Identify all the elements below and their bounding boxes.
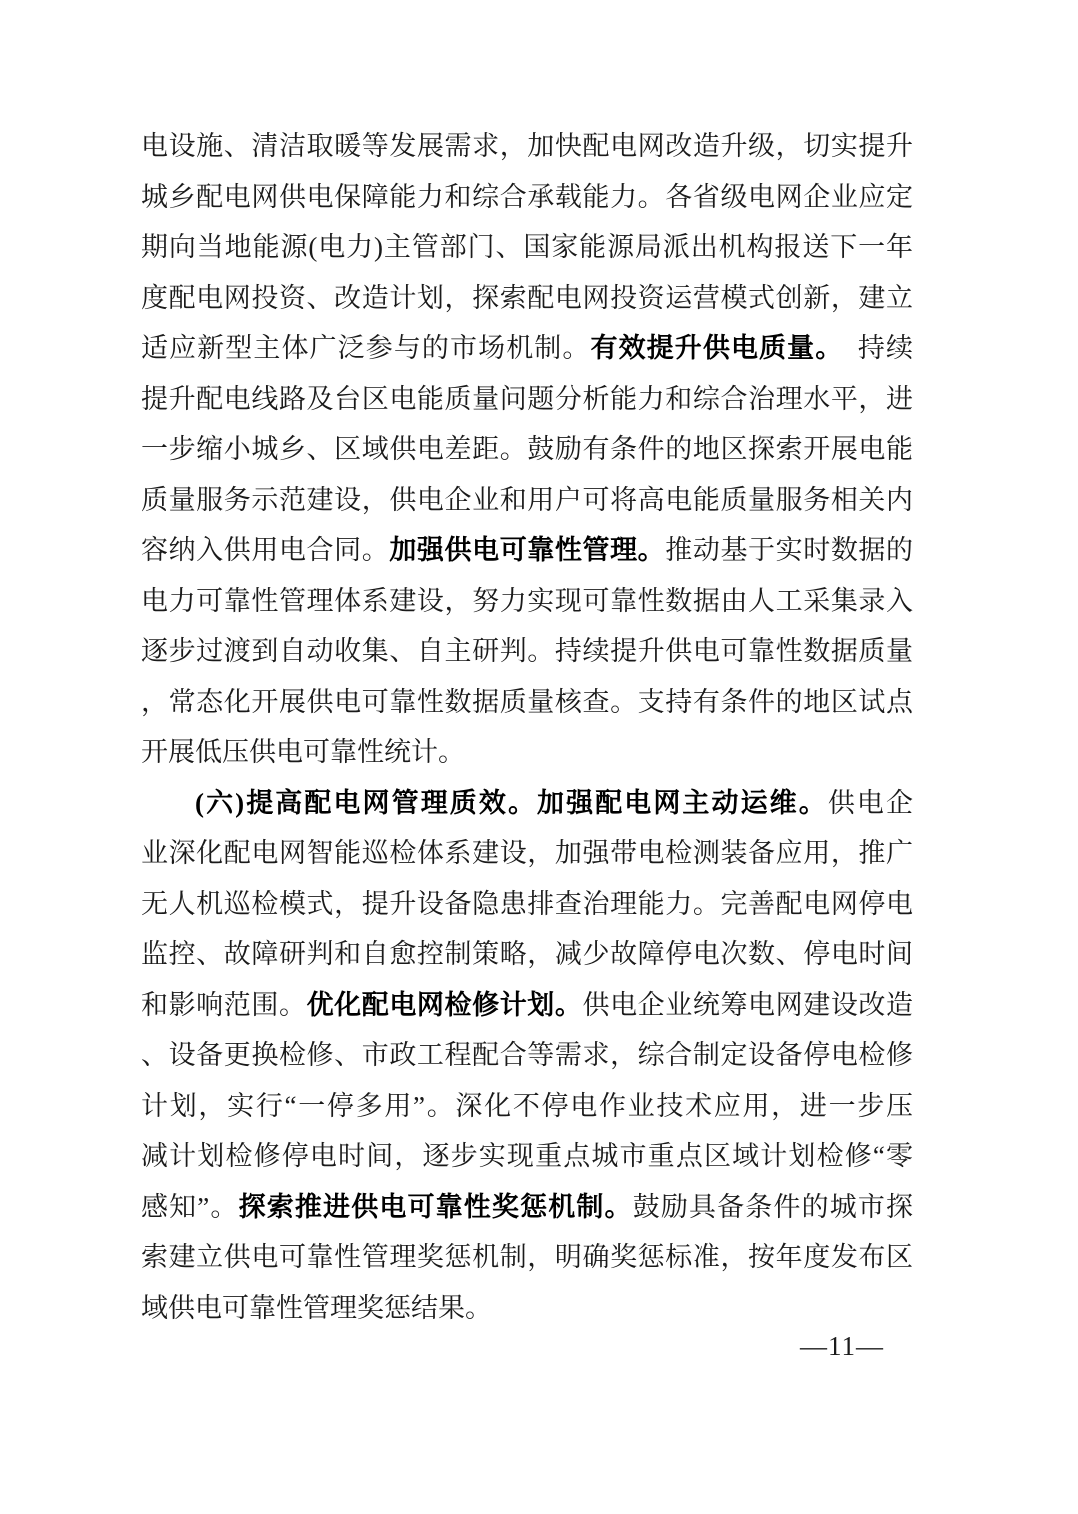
document-body: 电设施、清洁取暖等发展需求，加快配电网改造升级，切实提升城乡配电网供电保障能力和… [141, 121, 913, 1333]
bold-text-run: 优化配电网检修计划。 [307, 990, 583, 1020]
text-line: 、设备更换检修、市政工程配合等需求，综合制定设备停电检修 [141, 1030, 913, 1081]
bold-text-run: 加强供电可靠性管理。 [389, 535, 665, 565]
text-line: 计划，实行“一停多用”。深化不停电作业技术应用，进一步压 [141, 1081, 913, 1132]
text-run: 逐步过渡到自动收集、自主研判。持续提升供电可靠性数据质量 [141, 636, 913, 666]
text-run: 业深化配电网智能巡检体系建设，加强带电检测装备应用，推广 [141, 838, 913, 868]
text-run: 城乡配电网供电保障能力和综合承载能力。各省级电网企业应定 [141, 182, 913, 212]
text-run: 电力可靠性管理体系建设，努力实现可靠性数据由人工采集录入 [141, 586, 913, 616]
paragraph: (六)提高配电网管理质效。加强配电网主动运维。供电企业深化配电网智能巡检体系建设… [141, 778, 913, 1334]
page-number: —11— [800, 1328, 884, 1364]
text-line: 业深化配电网智能巡检体系建设，加强带电检测装备应用，推广 [141, 828, 913, 879]
text-line: 无人机巡检模式，提升设备隐患排查治理能力。完善配电网停电 [141, 879, 913, 930]
paragraph: 电设施、清洁取暖等发展需求，加快配电网改造升级，切实提升城乡配电网供电保障能力和… [141, 121, 913, 778]
text-run: 提升配电线路及台区电能质量问题分析能力和综合治理水平，进 [141, 384, 913, 414]
text-line: 索建立供电可靠性管理奖惩机制，明确奖惩标准，按年度发布区 [141, 1232, 913, 1283]
text-line: 感知”。探索推进供电可靠性奖惩机制。鼓励具备条件的城市探 [141, 1182, 913, 1233]
text-line: 容纳入供用电合同。加强供电可靠性管理。推动基于实时数据的 [141, 525, 913, 576]
text-run: 推动基于实时数据的 [665, 535, 913, 565]
text-run: 监控、故障研判和自愈控制策略，减少故障停电次数、停电时间 [141, 939, 913, 969]
text-run: 开展低压供电可靠性统计。 [141, 737, 465, 767]
text-run: 和影响范围。 [141, 990, 307, 1020]
bold-text-run: 有效提升供电质量。 [590, 333, 829, 363]
text-line: 城乡配电网供电保障能力和综合承载能力。各省级电网企业应定 [141, 172, 913, 223]
text-run: ，常态化开展供电可靠性数据质量核查。支持有条件的地区试点 [141, 687, 913, 717]
text-line: 期向当地能源(电力)主管部门、国家能源局派出机构报送下一年 [141, 222, 913, 273]
text-line: 适应新型主体广泛参与的市场机制。有效提升供电质量。 持续 [141, 323, 913, 374]
text-run: 期向当地能源(电力)主管部门、国家能源局派出机构报送下一年 [141, 232, 913, 262]
text-line: 电设施、清洁取暖等发展需求，加快配电网改造升级，切实提升 [141, 121, 913, 172]
text-run: 鼓励具备条件的城市探 [633, 1192, 913, 1222]
text-line: 电力可靠性管理体系建设，努力实现可靠性数据由人工采集录入 [141, 576, 913, 627]
text-line: 度配电网投资、改造计划，探索配电网投资运营模式创新，建立 [141, 273, 913, 324]
text-run: 、设备更换检修、市政工程配合等需求，综合制定设备停电检修 [141, 1040, 913, 1070]
text-line: 质量服务示范建设，供电企业和用户可将高电能质量服务相关内 [141, 475, 913, 526]
bold-text-run: 探索推进供电可靠性奖惩机制。 [239, 1192, 633, 1222]
text-run: 适应新型主体广泛参与的市场机制。 [141, 333, 590, 363]
text-run: 电设施、清洁取暖等发展需求，加快配电网改造升级，切实提升 [141, 131, 913, 161]
text-run: 无人机巡检模式，提升设备隐患排查治理能力。完善配电网停电 [141, 889, 913, 919]
text-run: 减计划检修停电时间，逐步实现重点城市重点区域计划检修“零 [141, 1141, 913, 1171]
text-line: 一步缩小城乡、区域供电差距。鼓励有条件的地区探索开展电能 [141, 424, 913, 475]
text-line: ，常态化开展供电可靠性数据质量核查。支持有条件的地区试点 [141, 677, 913, 728]
text-run: 持续 [830, 333, 913, 363]
text-run: 供电企 [828, 788, 913, 818]
text-run: 索建立供电可靠性管理奖惩机制，明确奖惩标准，按年度发布区 [141, 1242, 913, 1272]
text-line: 逐步过渡到自动收集、自主研判。持续提升供电可靠性数据质量 [141, 626, 913, 677]
document-page: 电设施、清洁取暖等发展需求，加快配电网改造升级，切实提升城乡配电网供电保障能力和… [0, 0, 1078, 1514]
text-line: 提升配电线路及台区电能质量问题分析能力和综合治理水平，进 [141, 374, 913, 425]
text-line: 和影响范围。优化配电网检修计划。供电企业统筹电网建设改造 [141, 980, 913, 1031]
text-line: (六)提高配电网管理质效。加强配电网主动运维。供电企 [141, 778, 913, 829]
text-run: 一步缩小城乡、区域供电差距。鼓励有条件的地区探索开展电能 [141, 434, 913, 464]
text-line: 监控、故障研判和自愈控制策略，减少故障停电次数、停电时间 [141, 929, 913, 980]
text-line: 减计划检修停电时间，逐步实现重点城市重点区域计划检修“零 [141, 1131, 913, 1182]
bold-text-run: (六)提高配电网管理质效。加强配电网主动运维。 [195, 788, 828, 818]
text-run: 计划，实行“一停多用”。深化不停电作业技术应用，进一步压 [141, 1091, 913, 1121]
text-run: 域供电可靠性管理奖惩结果。 [141, 1293, 492, 1323]
text-line: 开展低压供电可靠性统计。 [141, 727, 913, 778]
text-run: 质量服务示范建设，供电企业和用户可将高电能质量服务相关内 [141, 485, 913, 515]
text-run: 供电企业统筹电网建设改造 [583, 990, 914, 1020]
text-run: 度配电网投资、改造计划，探索配电网投资运营模式创新，建立 [141, 283, 913, 313]
text-run: 容纳入供用电合同。 [141, 535, 389, 565]
text-run: 感知”。 [141, 1192, 239, 1222]
text-line: 域供电可靠性管理奖惩结果。 [141, 1283, 913, 1334]
